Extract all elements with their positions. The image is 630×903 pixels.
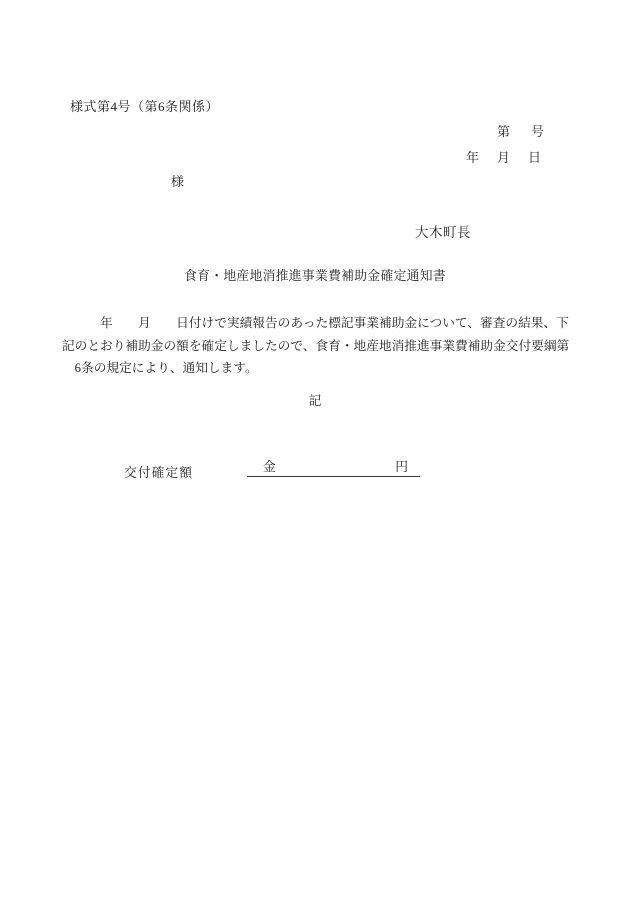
doc-number-suffix: 号	[531, 121, 544, 140]
body-line-3: 6条の規定により、通知します。	[62, 357, 574, 380]
amount-label: 交付確定額	[124, 462, 193, 481]
date-line: 年 月 日	[466, 147, 541, 166]
currency-prefix: 金	[263, 456, 276, 475]
document-page: 様式第4号（第6条関係） 第 号 年 月 日 様 大木町長 食育・地産地消推進事…	[0, 0, 630, 903]
body-line-2: 記のとおり補助金の額を確定しましたので、食育・地産地消推進事業費補助金交付要綱第	[62, 335, 574, 358]
sender-name: 大木町長	[415, 221, 471, 241]
form-number: 様式第4号（第6条関係）	[70, 96, 219, 115]
doc-number-prefix: 第	[497, 121, 510, 140]
addressee-honorific: 様	[171, 171, 184, 190]
body-paragraph: 年 月 日付けで実績報告のあった標記事業補助金について、審査の結果、下 記のとお…	[62, 312, 574, 380]
amount-fill-line: 金 円	[247, 460, 420, 477]
date-day-label: 日	[528, 147, 541, 166]
document-number-line: 第 号	[497, 121, 544, 140]
body-line-1: 年 月 日付けで実績報告のあった標記事業補助金について、審査の結果、下	[62, 312, 574, 335]
currency-suffix: 円	[395, 456, 408, 475]
document-title: 食育・地産地消推進事業費補助金確定通知書	[0, 265, 630, 284]
date-year-label: 年	[466, 147, 479, 166]
date-month-label: 月	[497, 147, 510, 166]
record-marker: 記	[0, 390, 630, 409]
